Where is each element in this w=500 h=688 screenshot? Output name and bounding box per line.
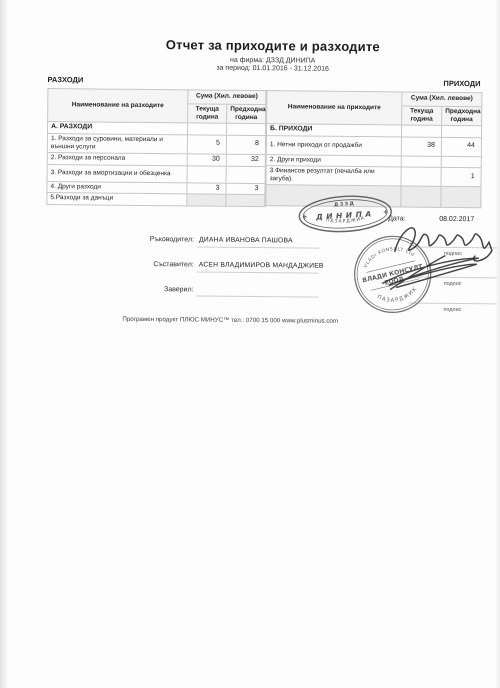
stamp-side-mark-left: +: [302, 213, 308, 221]
row-current: [401, 186, 441, 207]
preparer-name-line: [197, 271, 319, 273]
report-tables: Наименование на разходите Сума (Хил. лев…: [46, 88, 482, 209]
row-current: 38: [401, 137, 441, 156]
income-name-header: Наименование на приходите: [267, 91, 402, 126]
income-table: Наименование на приходите Сума (Хил. лев…: [265, 90, 482, 208]
row-current: [401, 156, 441, 168]
row-previous: 1: [441, 167, 481, 187]
row-name: 3.Финансов резултат (печалба или загуба)…: [266, 166, 401, 187]
expenses-sum-header: Сума (Хил. левове): [188, 90, 266, 105]
expenses-name-header: Наименование на разходите: [48, 89, 188, 124]
preparer-name: АСЕН ВЛАДИМИРОВ МАНДАДЖИЕВ: [199, 262, 324, 270]
income-col-current: Текуща година: [402, 106, 442, 126]
manager-name: ДИАНА ИВАНОВА ПАШОВА: [199, 237, 293, 245]
row-previous: [441, 186, 481, 207]
expenses-table: Наименование на разходите Сума (Хил. лев…: [46, 88, 266, 207]
preparer-signature: [378, 253, 486, 294]
row-current: [401, 167, 441, 187]
certifier-label: Заверил:: [118, 286, 193, 294]
certifier-name-line: [196, 295, 318, 297]
scanned-document-page: Отчет за приходите и разходите на фирма:…: [0, 0, 500, 688]
page-title: Отчет за приходите и разходите: [43, 36, 500, 55]
row-previous: 44: [441, 137, 481, 156]
manager-name-line: [197, 246, 319, 248]
expenses-col-previous: Предходна година: [227, 104, 266, 124]
stamp-line-dzzd: ДЗЗД: [334, 201, 356, 208]
row-previous: [226, 195, 265, 206]
table-row: 3. Разходи за амортизации и обезценка: [47, 164, 265, 183]
expenses-col-current: Текуща година: [188, 104, 227, 124]
row-previous: [226, 166, 265, 183]
row-name: 1. Разходи за суровини, материали и външ…: [47, 133, 187, 154]
row-previous: 8: [226, 135, 265, 155]
income-section-label: ПРИХОДИ: [382, 78, 480, 88]
row-previous: 32: [226, 154, 265, 166]
table-header-row: Наименование на приходите Сума (Хил. лев…: [267, 91, 482, 107]
income-sum-header: Сума (Хил. левове): [402, 92, 482, 107]
document-content: Отчет за приходите и разходите на фирма:…: [0, 0, 500, 688]
manager-label: Ръководител:: [119, 236, 194, 244]
table-row: 1. Нетни приходи от продажби 38 44: [266, 135, 481, 156]
row-current: [187, 194, 226, 205]
income-col-previous: Предходна година: [442, 106, 482, 126]
row-current: 5: [187, 135, 226, 155]
row-previous: 3: [226, 183, 265, 195]
row-current: 3: [187, 183, 226, 195]
expenses-section-label: РАЗХОДИ: [47, 75, 83, 84]
company-oval-stamp: ДЗЗД ДИНИПА ПАЗАРДЖИК + +: [296, 192, 394, 236]
row-previous: [441, 156, 481, 168]
row-current: [187, 166, 226, 183]
stamp-side-mark-right: +: [383, 208, 389, 216]
table-row: 3.Финансов резултат (печалба или загуба)…: [266, 166, 481, 187]
row-name: 1. Нетни приходи от продажби: [266, 135, 401, 155]
preparer-label: Съставител:: [119, 261, 194, 269]
table-row: 1. Разходи за суровини, материали и външ…: [47, 133, 265, 154]
row-current: 30: [187, 154, 226, 166]
table-header-row: Наименование на разходите Сума (Хил. лев…: [48, 89, 266, 105]
row-name: 5.Разходи за данъци: [47, 193, 187, 205]
table-row: 5.Разходи за данъци: [47, 193, 265, 206]
row-name: 3. Разходи за амортизации и обезценка: [47, 164, 187, 182]
